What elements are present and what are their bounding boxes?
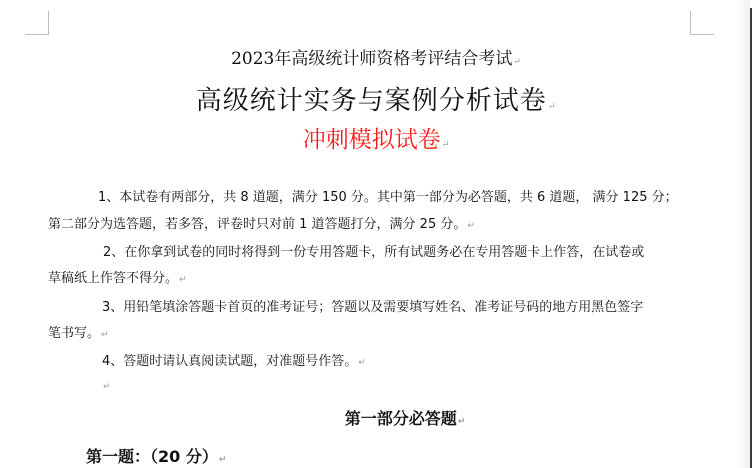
paragraph-mark-icon: ↵ (513, 57, 521, 67)
paragraph-mark-icon: ↵ (358, 358, 366, 368)
paragraph-mark-icon: ↵ (442, 140, 450, 150)
instruction-2-line-1: 2、在你拿到试卷的同时将得到一份专用答题卡，所有试题务必在专用答题卡上作答，在试… (103, 241, 644, 260)
exam-sub-title: 冲刺模拟试卷↵ (0, 121, 752, 154)
instruction-3-line-1: 3、用铅笔填涂答题卡首页的准考证号；答题以及需要填写姓名、准考证号码的地方用黑色… (102, 296, 643, 315)
paragraph-mark-icon: ↵ (219, 455, 227, 465)
instruction-text: 第二部分为选答题，若多答，评卷时只对前 1 道答题打分，满分 25 分。 (48, 217, 466, 232)
paragraph-mark-icon: ↵ (548, 102, 557, 112)
page-shadow (736, 0, 750, 468)
instruction-1-line-2: 第二部分为选答题，若多答，评卷时只对前 1 道答题打分，满分 25 分。↵ (48, 213, 475, 232)
super-title-text: 2023年高级统计师资格考评结合考试 (231, 49, 512, 69)
section-heading: 第一部分必答题↵ (0, 406, 752, 429)
instruction-text: 4、答题时请认真阅读试题，对准题号作答。 (102, 354, 357, 369)
paragraph-mark-icon: ↵ (179, 275, 187, 285)
paragraph-mark-icon: ↵ (103, 382, 111, 392)
paragraph-mark-icon: ↵ (458, 417, 466, 427)
exam-main-title: 高级统计实务与案例分析试卷↵ (0, 80, 752, 117)
instruction-text: 1、本试卷有两部分，共 8 道题，满分 150 分。其中第一部分为必答题，共 6… (98, 190, 678, 205)
instruction-1-line-1: 1、本试卷有两部分，共 8 道题，满分 150 分。其中第一部分为必答题，共 6… (98, 186, 678, 205)
question-heading-text: 第一题：（20 分） (86, 447, 218, 466)
instruction-text: 笔书写。 (48, 326, 100, 341)
instruction-4: 4、答题时请认真阅读试题，对准题号作答。↵ (102, 350, 366, 369)
section-heading-text: 第一部分必答题 (345, 409, 457, 428)
sub-title-text: 冲刺模拟试卷 (303, 127, 441, 153)
paragraph-mark-icon: ↵ (101, 330, 109, 340)
paragraph-mark-icon: ↵ (467, 221, 475, 231)
margin-corner-mark-top-left (25, 11, 49, 35)
instruction-3-line-2: 笔书写。↵ (48, 322, 109, 341)
instruction-text: 2、在你拿到试卷的同时将得到一份专用答题卡，所有试题务必在专用答题卡上作答，在试… (103, 245, 644, 260)
empty-paragraph: ↵ (102, 378, 111, 393)
margin-corner-mark-top-right (690, 11, 714, 35)
instruction-text: 3、用铅笔填涂答题卡首页的准考证号；答题以及需要填写姓名、准考证号码的地方用黑色… (102, 300, 643, 315)
instruction-2-line-2: 草稿纸上作答不得分。↵ (48, 267, 187, 286)
exam-super-title: 2023年高级统计师资格考评结合考试↵ (0, 44, 752, 69)
main-title-text: 高级统计实务与案例分析试卷 (196, 86, 547, 116)
question-heading: 第一题：（20 分）↵ (86, 444, 226, 467)
document-page: 2023年高级统计师资格考评结合考试↵ 高级统计实务与案例分析试卷↵ 冲刺模拟试… (0, 0, 752, 468)
instruction-text: 草稿纸上作答不得分。 (48, 271, 178, 286)
